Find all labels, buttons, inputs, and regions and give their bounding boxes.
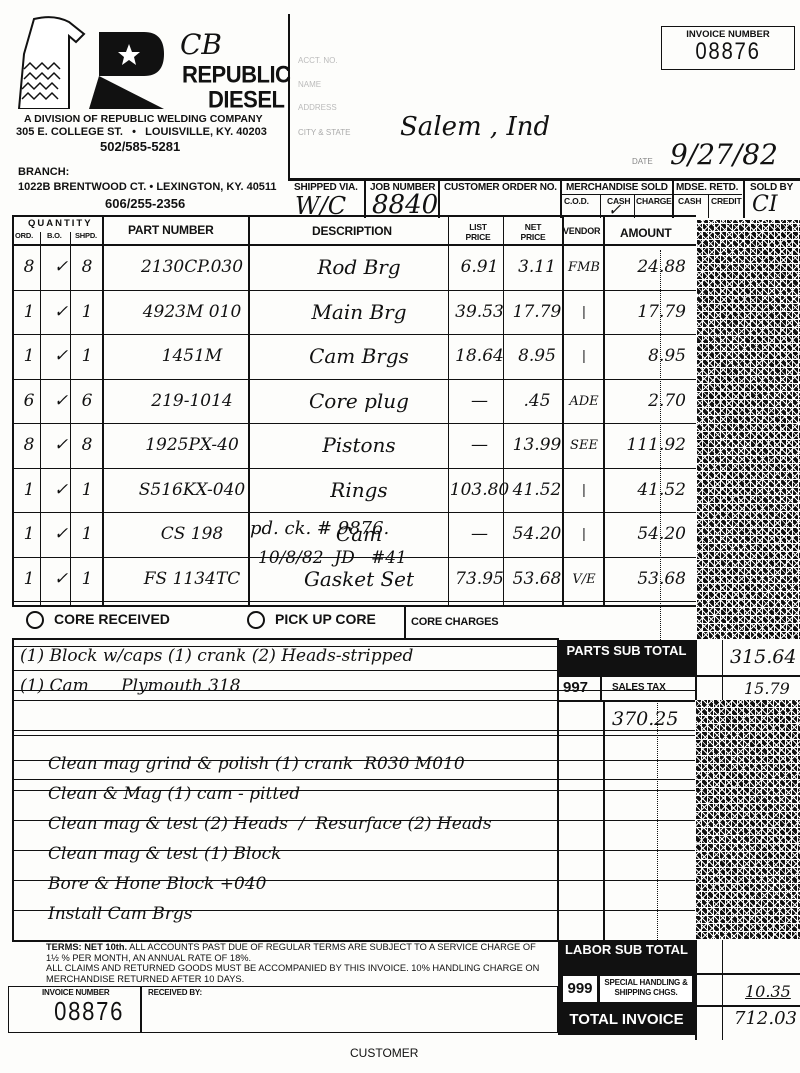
list-price: 103.80 bbox=[452, 468, 507, 513]
pickup-core-label: PICK UP CORE bbox=[275, 611, 376, 627]
qty-shipped: 1 bbox=[76, 557, 98, 602]
note-rule bbox=[12, 700, 558, 701]
note-rule bbox=[558, 850, 695, 851]
net-price: 53.68 bbox=[508, 557, 566, 602]
description: Rings bbox=[264, 468, 454, 513]
qty-ordered: 1 bbox=[18, 334, 40, 379]
qty-backorder: ✓ bbox=[50, 290, 72, 335]
qty-shipped: 8 bbox=[76, 245, 98, 290]
total-invoice-value[interactable]: 712.03 bbox=[734, 1008, 797, 1029]
col-ord: ORD. bbox=[15, 231, 33, 240]
date-label: DATE bbox=[632, 157, 653, 166]
terms-text: TERMS: NET 10th. ALL ACCOUNTS PAST DUE O… bbox=[46, 942, 546, 984]
vendor: ADE bbox=[564, 379, 604, 424]
sold-by-value[interactable]: CI bbox=[752, 192, 778, 217]
account-label: ACCT. NO. bbox=[298, 56, 338, 65]
net-price: 54.20 bbox=[508, 512, 566, 557]
list-price: 6.91 bbox=[452, 245, 507, 290]
parts-subtotal-value[interactable]: 315.64 bbox=[730, 646, 796, 668]
table-bottom-rule bbox=[12, 605, 696, 607]
received-by-field[interactable] bbox=[148, 1000, 548, 1030]
company-phone: 502/585-5281 bbox=[100, 139, 180, 154]
sales-tax-value[interactable]: 15.79 bbox=[744, 679, 790, 698]
radio-circle-icon[interactable] bbox=[247, 611, 265, 629]
customer-order-label: CUSTOMER ORDER NO. bbox=[444, 182, 557, 193]
note-rule bbox=[558, 730, 695, 731]
qty-backorder: ✓ bbox=[50, 468, 72, 513]
col-list-price: LIST PRICE bbox=[460, 222, 496, 242]
divider bbox=[560, 194, 672, 195]
net-price: .45 bbox=[508, 379, 566, 424]
net-price: 13.99 bbox=[508, 423, 566, 468]
list-price: 73.95 bbox=[452, 557, 507, 602]
sales-tax-code: 997 bbox=[563, 679, 588, 696]
payment-note-line2: 10/8/82 JD #41 bbox=[258, 548, 407, 568]
eagle-r-logo-icon bbox=[14, 14, 164, 109]
company-name-line2: DIESEL bbox=[208, 86, 284, 115]
parts-subtotal-text: PARTS SUB TOTAL bbox=[567, 643, 687, 658]
charge-label: CHARGE bbox=[636, 196, 672, 206]
col-vendor: VENDOR bbox=[563, 226, 600, 236]
cod-label: C.O.D. bbox=[564, 196, 589, 206]
qty-backorder: ✓ bbox=[50, 423, 72, 468]
labor-note-line: Clean & Mag (1) cam - pitted bbox=[48, 784, 300, 804]
amount: 8.95 bbox=[606, 334, 686, 379]
amount: 54.20 bbox=[606, 512, 686, 557]
labor-note-line: Install Cam Brgs bbox=[48, 904, 193, 924]
qty-backorder: ✓ bbox=[50, 334, 72, 379]
divider bbox=[695, 640, 697, 700]
company-logo bbox=[14, 14, 164, 109]
divider bbox=[672, 180, 674, 218]
table-top-rule bbox=[12, 215, 696, 217]
list-price: — bbox=[452, 512, 507, 557]
payment-note-line1: pd. ck. # 9876. bbox=[250, 518, 389, 539]
qty-shipped: 6 bbox=[76, 379, 98, 424]
divider bbox=[438, 180, 440, 218]
labor-note-line: (1) Block w/caps (1) crank (2) Heads-str… bbox=[20, 646, 413, 666]
description: Cam Brgs bbox=[264, 334, 454, 379]
qty-backorder: ✓ bbox=[50, 245, 72, 290]
parts-subtotal-label: PARTS SUB TOTAL bbox=[558, 640, 695, 675]
qty-ordered: 8 bbox=[18, 245, 40, 290]
divider bbox=[708, 194, 709, 218]
core-received-label: CORE RECEIVED bbox=[54, 611, 170, 627]
vendor: V/E bbox=[564, 557, 604, 602]
note-rule bbox=[558, 880, 695, 881]
note-rule bbox=[12, 670, 558, 671]
mdse-returned-label: MDSE. RETD. bbox=[676, 182, 738, 193]
table-row[interactable]: 8✓82130CP.030Rod Brg6.913.11FMB24.88 bbox=[12, 245, 696, 290]
part-number: CS 198 bbox=[122, 512, 262, 557]
col-shpd: SHPD. bbox=[75, 231, 97, 240]
labor-note-line: Clean mag grind & polish (1) crank R030 … bbox=[48, 754, 465, 774]
col-bo: B.O. bbox=[47, 231, 62, 240]
part-number: 219-1014 bbox=[122, 379, 262, 424]
date-value[interactable]: 9/27/82 bbox=[670, 138, 778, 171]
divider bbox=[722, 640, 723, 700]
list-price: 18.64 bbox=[452, 334, 507, 379]
amount: 41.52 bbox=[606, 468, 686, 513]
qty-ordered: 1 bbox=[18, 468, 40, 513]
vendor: | bbox=[564, 290, 604, 335]
part-number: S516KX-040 bbox=[122, 468, 262, 513]
labor-subtotal-label: LABOR SUB TOTAL bbox=[558, 940, 695, 973]
divider bbox=[558, 675, 800, 677]
divider bbox=[672, 194, 742, 195]
labor-note-line: Clean mag & test (1) Block bbox=[48, 844, 281, 864]
note-rule bbox=[558, 760, 695, 761]
logo-scribble: CB bbox=[180, 28, 222, 61]
handling-label: SPECIAL HANDLING & SHIPPING CHGS. bbox=[600, 976, 692, 1002]
branch-label: BRANCH: bbox=[18, 166, 69, 178]
labor-subtotal-text: LABOR SUB TOTAL bbox=[565, 942, 688, 957]
sales-tax-label: SALES TAX bbox=[612, 682, 666, 693]
table-row[interactable]: 1✓1S516KX-040Rings103.8041.52|41.52 bbox=[12, 468, 696, 513]
cents-divider bbox=[657, 700, 658, 940]
col-part-number: PART NUMBER bbox=[128, 223, 214, 237]
returned-credit-label: CREDIT bbox=[711, 196, 741, 206]
table-row[interactable]: 1✓14923M 010Main Brg39.5317.79|17.79 bbox=[12, 290, 696, 335]
core-charges-label: CORE CHARGES bbox=[411, 616, 498, 628]
divider bbox=[743, 180, 745, 218]
qty-ordered: 8 bbox=[18, 423, 40, 468]
qty-shipped: 1 bbox=[76, 290, 98, 335]
part-number: 1925PX-40 bbox=[122, 423, 262, 468]
amount: 24.88 bbox=[606, 245, 686, 290]
qty-ordered: 1 bbox=[18, 512, 40, 557]
note-rule bbox=[12, 730, 558, 731]
labor-left-border bbox=[12, 638, 14, 940]
amount: 17.79 bbox=[606, 290, 686, 335]
net-price: 17.79 bbox=[508, 290, 566, 335]
pickup-core-option[interactable]: PICK UP CORE bbox=[247, 611, 376, 629]
net-price: 41.52 bbox=[508, 468, 566, 513]
note-rule bbox=[558, 820, 695, 821]
company-division: A DIVISION OF REPUBLIC WELDING COMPANY bbox=[24, 113, 263, 125]
quantity-label: QUANTITY bbox=[28, 218, 93, 229]
amount: 53.68 bbox=[606, 557, 686, 602]
divider bbox=[560, 180, 562, 218]
radio-circle-icon[interactable] bbox=[26, 611, 44, 629]
vendor: | bbox=[564, 512, 604, 557]
received-by-label: RECEIVED BY: bbox=[148, 988, 202, 997]
amount: 111.92 bbox=[606, 423, 686, 468]
net-price: 8.95 bbox=[508, 334, 566, 379]
list-price: — bbox=[452, 423, 507, 468]
handling-value[interactable]: 10.35 bbox=[745, 982, 791, 1001]
labor-running-value[interactable]: 370.25 bbox=[612, 708, 678, 730]
invoice-number: 08876 bbox=[672, 40, 784, 64]
qty-backorder: ✓ bbox=[50, 557, 72, 602]
col-amount: AMOUNT bbox=[620, 226, 671, 240]
qty-shipped: 1 bbox=[76, 512, 98, 557]
header-divider bbox=[288, 14, 290, 178]
terms-bold: TERMS: NET 10th. bbox=[46, 942, 127, 952]
qty-ordered: 6 bbox=[18, 379, 40, 424]
part-number: 1451M bbox=[122, 334, 262, 379]
returned-cash-label: CASH bbox=[678, 196, 701, 206]
col-description: DESCRIPTION bbox=[312, 224, 392, 238]
col-line bbox=[603, 700, 605, 940]
divider bbox=[695, 940, 697, 1040]
invoice-number-box: INVOICE NUMBER 08876 bbox=[661, 26, 795, 70]
security-pattern-top bbox=[696, 220, 800, 640]
col-net-price: NET PRICE bbox=[515, 222, 551, 242]
part-number: 2130CP.030 bbox=[122, 245, 262, 290]
table-row[interactable]: 8✓81925PX-40Pistons—13.99SEE111.92 bbox=[12, 423, 696, 468]
qty-shipped: 1 bbox=[76, 334, 98, 379]
note-rule bbox=[558, 790, 695, 791]
labor-right-border bbox=[557, 638, 559, 940]
company-address: 305 E. COLLEGE ST. • LOUISVILLE, KY. 402… bbox=[16, 126, 267, 138]
divider bbox=[695, 1005, 800, 1007]
list-price: — bbox=[452, 379, 507, 424]
net-price: 3.11 bbox=[508, 245, 566, 290]
merchandise-sold-label: MERCHANDISE SOLD bbox=[566, 182, 668, 193]
branch-phone: 606/255-2356 bbox=[105, 196, 185, 211]
qty-shipped: 8 bbox=[76, 423, 98, 468]
note-rule bbox=[558, 910, 695, 911]
list-price: 39.53 bbox=[452, 290, 507, 335]
vendor: FMB bbox=[564, 245, 604, 290]
table-row[interactable]: 1✓11451MCam Brgs18.648.95|8.95 bbox=[12, 334, 696, 379]
part-number: 4923M 010 bbox=[122, 290, 262, 335]
divider bbox=[140, 986, 142, 1033]
divider bbox=[722, 940, 723, 1040]
description: Rod Brg bbox=[264, 245, 454, 290]
name-label: NAME bbox=[298, 80, 321, 89]
labor-note-line: Clean mag & test (2) Heads / Resurface (… bbox=[48, 814, 492, 834]
total-invoice-text: TOTAL INVOICE bbox=[569, 1011, 683, 1028]
handling-code: 999 bbox=[563, 976, 597, 1002]
vendor: | bbox=[564, 334, 604, 379]
divider bbox=[404, 607, 406, 639]
qty-backorder: ✓ bbox=[50, 379, 72, 424]
qty-ordered: 1 bbox=[18, 290, 40, 335]
labor-note-line: Bore & Hone Block +040 bbox=[48, 874, 266, 894]
qty-shipped: 1 bbox=[76, 468, 98, 513]
terms-body-2: ALL CLAIMS AND RETURNED GOODS MUST BE AC… bbox=[46, 963, 539, 984]
security-pattern-bottom bbox=[695, 700, 800, 940]
amount: 2.70 bbox=[606, 379, 686, 424]
total-invoice-label: TOTAL INVOICE bbox=[558, 1005, 695, 1035]
core-rule bbox=[12, 638, 558, 640]
copy-label: CUSTOMER bbox=[350, 1046, 418, 1060]
vendor: | bbox=[564, 468, 604, 513]
divider bbox=[364, 180, 366, 218]
footer-invoice-number: 08876 bbox=[54, 996, 124, 1027]
description: Core plug bbox=[264, 379, 454, 424]
address-label: ADDRESS bbox=[298, 103, 337, 112]
divider bbox=[558, 700, 695, 702]
branch-address: 1022B BRENTWOOD CT. • LEXINGTON, KY. 405… bbox=[18, 181, 277, 193]
row-rule bbox=[12, 735, 696, 736]
description: Main Brg bbox=[264, 290, 454, 335]
city-state-label: CITY & STATE bbox=[298, 128, 350, 137]
table-row[interactable]: 6✓6219-1014Core plug—.45ADE2.70 bbox=[12, 379, 696, 424]
description: Pistons bbox=[264, 423, 454, 468]
vendor: SEE bbox=[564, 423, 604, 468]
core-received-option[interactable]: CORE RECEIVED bbox=[26, 611, 170, 629]
part-number: FS 1134TC bbox=[122, 557, 262, 602]
qty-backorder: ✓ bbox=[50, 512, 72, 557]
row-rule bbox=[12, 779, 696, 780]
qty-ordered: 1 bbox=[18, 557, 40, 602]
labor-note-line: (1) Cam Plymouth 318 bbox=[20, 676, 241, 696]
divider bbox=[600, 675, 602, 700]
city-state-value[interactable]: Salem , Ind bbox=[400, 112, 550, 142]
